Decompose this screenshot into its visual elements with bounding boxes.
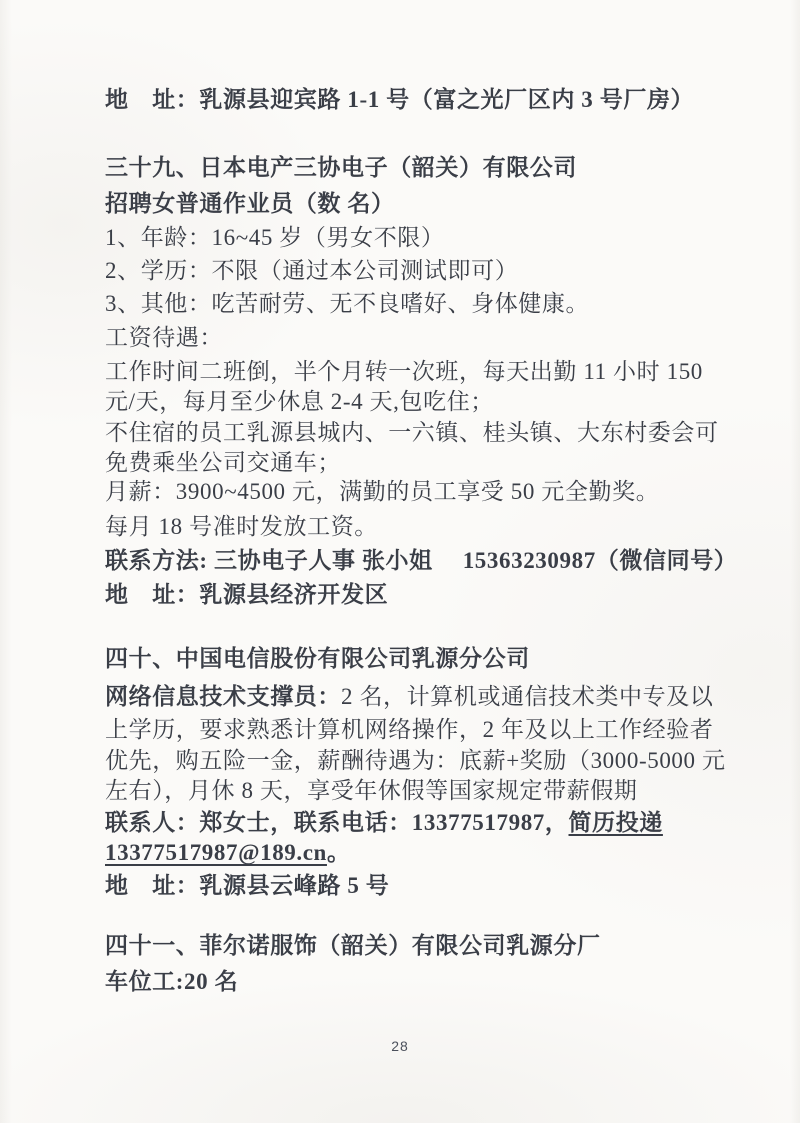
section39-contact: 联系方法: 三协电子人事 张小姐 15363230987（微信同号） — [105, 546, 725, 576]
section39-salary-line1: 工作时间二班倒，半个月转一次班，每天出勤 11 小时 150 — [105, 357, 725, 387]
section40-contact-line: 联系人：郑女士，联系电话：13377517987，简历投递 — [105, 808, 725, 838]
section39-payday: 每月 18 号准时发放工资。 — [105, 512, 725, 542]
section39-item-education: 2、学历：不限（通过本公司测试即可） — [105, 256, 725, 286]
section40-resume-delivery-label: 简历投递 — [569, 810, 663, 835]
section40-email-suffix: 。 — [327, 840, 351, 865]
section40-address: 地 址：乳源县云峰路 5 号 — [105, 871, 725, 901]
section40-email-line: 13377517987@189.cn。 — [105, 838, 725, 868]
section40-contact-prefix: 联系人：郑女士，联系电话：13377517987， — [105, 810, 569, 835]
section39-commute-line1: 不住宿的员工乳源县城内、一六镇、桂头镇、大东村委会可 — [105, 418, 725, 448]
section40-heading: 四十、中国电信股份有限公司乳源分公司 — [105, 644, 725, 674]
section40-email: 13377517987@189.cn — [105, 840, 327, 865]
scanned-document-page: 地 址：乳源县迎宾路 1-1 号（富之光厂区内 3 号厂房） 三十九、日本电产三… — [0, 0, 800, 1123]
section39-heading: 三十九、日本电产三协电子（韶关）有限公司 — [105, 153, 725, 183]
section40-job-line3: 优先，购五险一金，薪酬待遇为：底薪+奖励（3000-5000 元 — [105, 746, 725, 776]
section39-item-other: 3、其他：吃苦耐劳、无不良嗜好、身体健康。 — [105, 289, 725, 319]
section41-heading: 四十一、菲尔诺服饰（韶关）有限公司乳源分厂 — [105, 931, 725, 961]
section40-job-line4: 左右），月休 8 天，享受年休假等国家规定带薪假期 — [105, 776, 725, 806]
section40-job-line1-rest: 2 名，计算机或通信技术类中专及以 — [341, 684, 713, 709]
prev-section-address: 地 址：乳源县迎宾路 1-1 号（富之光厂区内 3 号厂房） — [105, 85, 725, 115]
section39-salary-line2: 元/天，每月至少休息 2-4 天,包吃住； — [105, 387, 725, 417]
section40-job-line2: 上学历，要求熟悉计算机网络操作，2 年及以上工作经验者 — [105, 715, 725, 745]
section39-salary-title: 工资待遇： — [105, 323, 725, 353]
page-number: 28 — [0, 1038, 800, 1054]
section39-subheading: 招聘女普通作业员（数 名） — [105, 189, 725, 219]
section40-job-line1: 网络信息技术支撑员：2 名，计算机或通信技术类中专及以 — [105, 682, 725, 712]
section39-monthly-salary: 月薪：3900~4500 元，满勤的员工享受 50 元全勤奖。 — [105, 477, 725, 507]
section39-item-age: 1、年龄：16~45 岁（男女不限） — [105, 223, 725, 253]
section41-job: 车位工:20 名 — [105, 967, 725, 997]
section39-commute-line2: 免费乘坐公司交通车； — [105, 448, 725, 478]
section40-job-label: 网络信息技术支撑员： — [105, 684, 341, 709]
section39-address: 地 址：乳源县经济开发区 — [105, 580, 725, 610]
